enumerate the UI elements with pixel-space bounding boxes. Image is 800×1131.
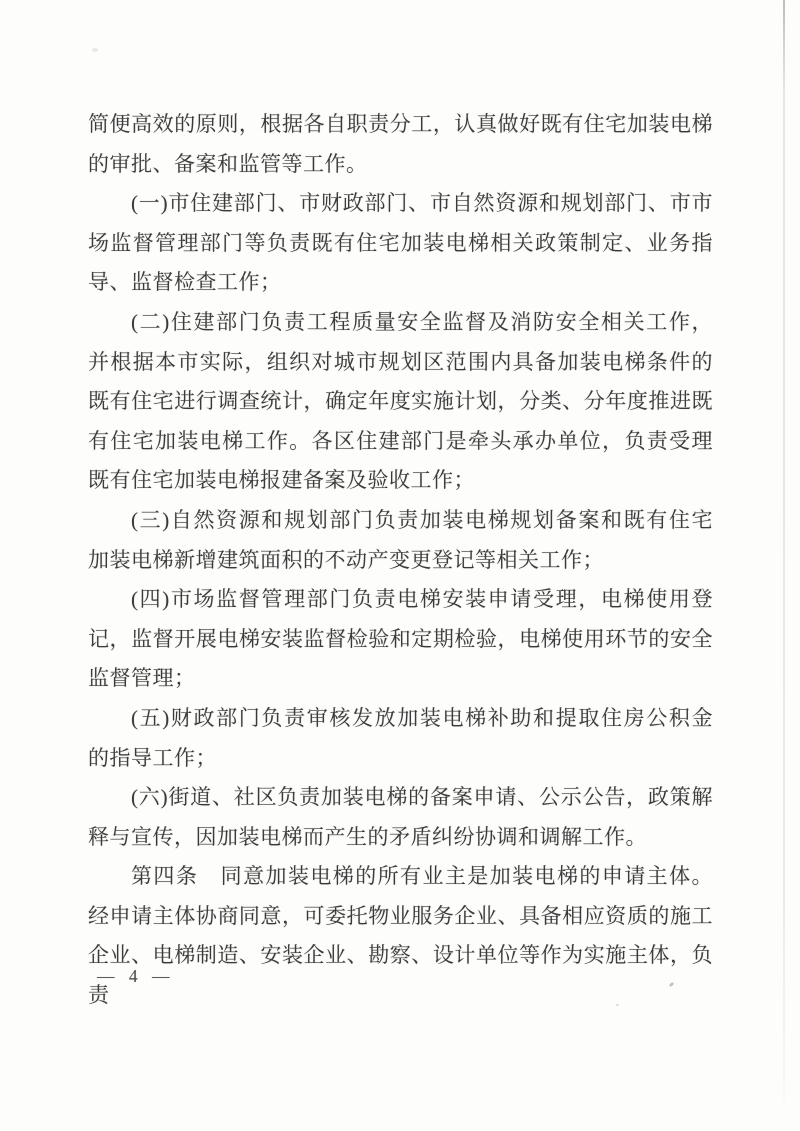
text-line: 的审批、备案和监管等工作。	[88, 145, 713, 185]
text-line: 简便高效的原则，根据各自职责分工，认真做好既有住宅加装电梯	[88, 105, 713, 145]
text-line: 记，监督开展电梯安装监督检验和定期检验，电梯使用环节的安全	[88, 620, 713, 660]
text-line: 导、监督检查工作；	[88, 263, 713, 303]
text-line: (二)住建部门负责工程质量安全监督及消防安全相关工作，	[88, 303, 713, 343]
scan-speckle	[92, 48, 98, 52]
text-line: 第四条 同意加装电梯的所有业主是加装电梯的申请主体。	[88, 857, 713, 897]
text-line: 既有住宅进行调查统计，确定年度实施计划，分类、分年度推进既	[88, 382, 713, 422]
scan-edge-line	[783, 0, 785, 1120]
text-line: 场监督管理部门等负责既有住宅加装电梯相关政策制定、业务指	[88, 224, 713, 264]
text-line: 加装电梯新增建筑面积的不动产变更登记等相关工作；	[88, 541, 713, 581]
text-line: 有住宅加装电梯工作。各区住建部门是牵头承办单位，负责受理	[88, 422, 713, 462]
text-line: 的指导工作；	[88, 739, 713, 779]
text-line: 并根据本市实际，组织对城市规划区范围内具备加装电梯条件的	[88, 343, 713, 383]
text-line: (五)财政部门负责审核发放加装电梯补助和提取住房公积金	[88, 699, 713, 739]
text-line: 企业、电梯制造、安装企业、勘察、设计单位等作为实施主体，负责	[88, 936, 713, 1015]
text-line: 释与宣传，因加装电梯而产生的矛盾纠纷协调和调解工作。	[88, 818, 713, 858]
text-line: (六)街道、社区负责加装电梯的备案申请、公示公告，政策解	[88, 778, 713, 818]
text-line: (四)市场监督管理部门负责电梯安装申请受理，电梯使用登	[88, 580, 713, 620]
text-line: (三)自然资源和规划部门负责加装电梯规划备案和既有住宅	[88, 501, 713, 541]
scan-speckle	[616, 1004, 619, 1006]
text-line: 经申请主体协商同意，可委托物业服务企业、具备相应资质的施工	[88, 897, 713, 937]
page-number: — 4 —	[97, 963, 175, 989]
text-line: 监督管理；	[88, 659, 713, 699]
text-line: 既有住宅加装电梯报建备案及验收工作；	[88, 461, 713, 501]
text-line: (一)市住建部门、市财政部门、市自然资源和规划部门、市市	[88, 184, 713, 224]
document-body: 简便高效的原则，根据各自职责分工，认真做好既有住宅加装电梯 的审批、备案和监管等…	[88, 105, 713, 1016]
